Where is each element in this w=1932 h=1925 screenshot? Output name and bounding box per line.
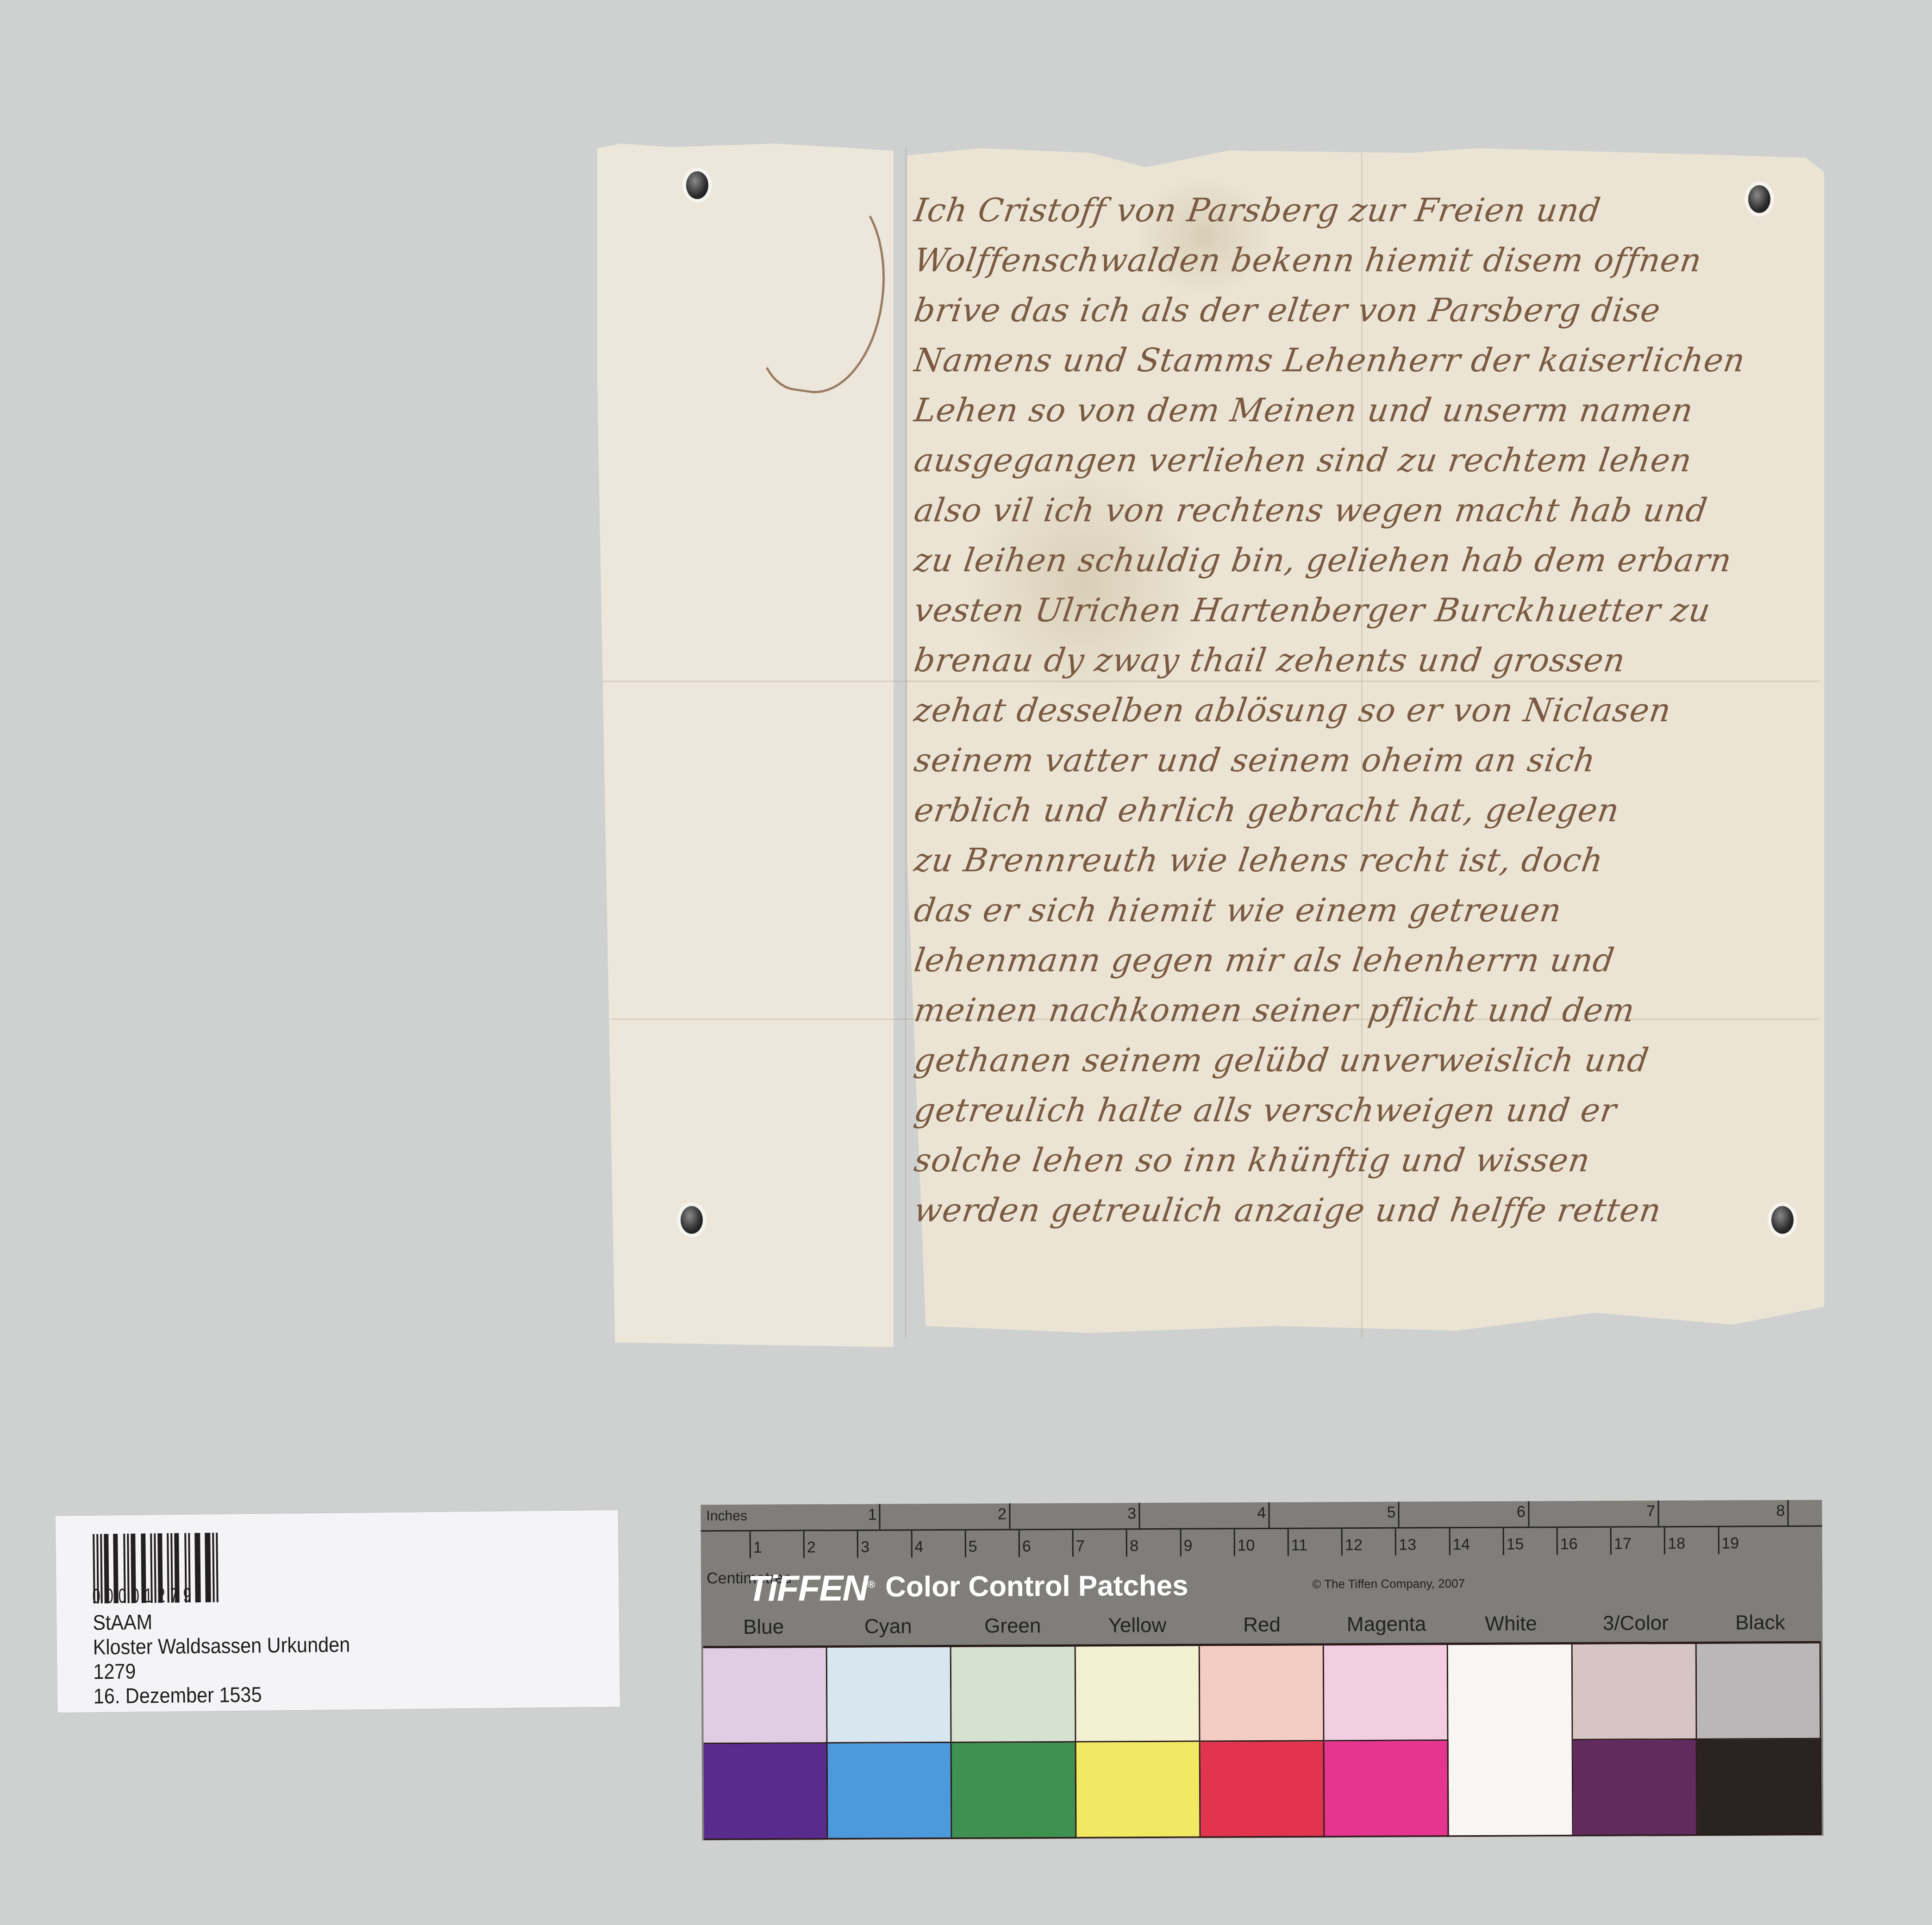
inch-tick: [1787, 1500, 1788, 1525]
tiffen-color-chart: Inches 123456781234567891011121314151617…: [700, 1500, 1823, 1841]
cm-tick: [1502, 1528, 1504, 1555]
text-line: brive das ich als der elter von Parsberg…: [911, 285, 1797, 335]
color-patch-white-tint: [1448, 1644, 1573, 1837]
color-patch-green-saturated: [952, 1743, 1076, 1839]
mounting-hole: [681, 1206, 703, 1234]
cm-tick: [1449, 1528, 1450, 1555]
color-patch-black-saturated: [1697, 1739, 1821, 1836]
document-date: 16. Dezember 1535: [94, 1681, 351, 1709]
patch-label-cyan: Cyan: [826, 1615, 950, 1643]
inch-tick-label: 6: [1517, 1503, 1526, 1521]
inch-tick: [1657, 1500, 1659, 1526]
text-line: das er sich hiemit wie einem getreuen: [911, 885, 1797, 935]
inch-tick: [879, 1504, 881, 1530]
text-line: zu leihen schuldig bin, geliehen hab dem…: [911, 535, 1797, 585]
cm-tick-label: 11: [1291, 1537, 1307, 1555]
cm-tick-label: 15: [1507, 1536, 1524, 1554]
color-patch-yellow-saturated: [1076, 1742, 1200, 1838]
color-patch-cyan-saturated: [828, 1743, 952, 1839]
inches-label: Inches: [706, 1508, 747, 1524]
cm-tick: [1395, 1529, 1396, 1556]
text-line: erblich und ehrlich gebracht hat, gelege…: [911, 785, 1797, 835]
cm-tick: [1718, 1527, 1719, 1554]
cm-tick-label: 13: [1399, 1536, 1416, 1554]
archive-label: 00 00 12 79 StAAM Kloster Waldsassen Urk…: [56, 1510, 620, 1713]
inch-tick: [1268, 1502, 1269, 1528]
manuscript: Ich Cristoff von Parsberg zur Freien und…: [0, 0, 1932, 1389]
cm-tick-label: 16: [1560, 1535, 1578, 1553]
color-patch-green-tint: [951, 1647, 1076, 1743]
cm-tick-label: 14: [1452, 1536, 1470, 1554]
chart-title: Color Control Patches: [885, 1569, 1188, 1604]
patch-label-blue: Blue: [701, 1615, 825, 1644]
color-patch-cyan-tint: [827, 1647, 952, 1744]
text-line: lehenmann gegen mir als lehenherrn und: [911, 935, 1797, 985]
color-patch-blue-tint: [703, 1648, 828, 1744]
tiffen-logo: TiFFEN®: [747, 1567, 874, 1610]
color-patch-red-saturated: [1200, 1741, 1325, 1837]
cm-tick: [803, 1531, 805, 1558]
patch-label-magenta: Magenta: [1324, 1612, 1449, 1641]
cm-tick: [1288, 1529, 1289, 1556]
inch-tick-label: 5: [1387, 1504, 1396, 1522]
label-text: StAAM Kloster Waldsassen Urkunden 1279 1…: [93, 1608, 351, 1709]
text-line: Lehen so von dem Meinen und unserm namen: [911, 385, 1797, 435]
text-line: brenau dy zway thail zehents und grossen: [911, 635, 1797, 685]
cm-tick: [1019, 1530, 1020, 1557]
cm-tick: [1610, 1528, 1612, 1555]
cm-tick-label: 1: [753, 1539, 762, 1557]
cm-tick: [750, 1531, 751, 1558]
color-patch-3color-tint: [1572, 1644, 1697, 1740]
document-number: 1279: [93, 1657, 350, 1684]
cm-tick: [1233, 1529, 1235, 1556]
cm-tick-label: 18: [1668, 1535, 1685, 1553]
inch-tick-label: 2: [998, 1505, 1007, 1523]
collection-name: Kloster Waldsassen Urkunden: [93, 1632, 350, 1660]
text-line: getreulich halte alls verschweigen und e…: [911, 1085, 1797, 1135]
text-line: zu Brennreuth wie lehens recht ist, doch: [911, 835, 1797, 885]
copyright-notice: © The Tiffen Company, 2007: [1312, 1576, 1465, 1591]
cm-tick-label: 4: [914, 1538, 923, 1556]
inch-tick: [1398, 1502, 1400, 1527]
text-line: seinem vatter und seinem oheim an sich: [911, 735, 1797, 785]
text-line: Namens und Stamms Lehenherr der kaiserli…: [911, 335, 1797, 385]
cm-tick-label: 17: [1614, 1535, 1632, 1553]
text-line: werden getreulich anzaige und helffe ret…: [911, 1185, 1797, 1235]
patch-label-red: Red: [1200, 1613, 1324, 1641]
fold-line: [905, 148, 907, 1338]
cm-tick-label: 10: [1238, 1537, 1255, 1555]
color-patch-grid: [703, 1641, 1822, 1840]
inch-tick: [1009, 1503, 1010, 1529]
patch-label-green: Green: [950, 1614, 1075, 1643]
inch-tick-label: 4: [1257, 1504, 1266, 1522]
cm-tick: [1557, 1528, 1558, 1555]
text-line: also vil ich von rechtens wegen macht ha…: [911, 485, 1797, 535]
cm-tick: [1126, 1530, 1127, 1556]
cm-tick: [911, 1531, 912, 1557]
color-patch-blue-saturated: [704, 1744, 828, 1840]
text-line: zehat desselben ablösung so er von Nicla…: [911, 685, 1797, 735]
inch-tick: [1528, 1501, 1529, 1526]
patch-label-3color: 3/Color: [1573, 1612, 1698, 1640]
cm-tick-label: 9: [1183, 1537, 1192, 1555]
archive-name: StAAM: [93, 1608, 350, 1635]
color-patch-black-tint: [1697, 1644, 1821, 1740]
patch-label-yellow: Yellow: [1075, 1614, 1200, 1642]
inch-tick-label: 1: [868, 1506, 877, 1524]
text-line: meinen nachkomen seiner pflicht und dem: [911, 985, 1797, 1035]
inch-tick-label: 3: [1127, 1505, 1136, 1523]
barcode-number: 00 00 12 79: [92, 1584, 196, 1608]
cm-tick: [1664, 1527, 1665, 1554]
cm-tick-label: 2: [807, 1538, 816, 1556]
text-line: gethanen seinem gelübd unverweislich und: [911, 1035, 1797, 1085]
cm-tick: [964, 1531, 966, 1557]
color-patch-red-tint: [1200, 1645, 1325, 1742]
inch-tick-label: 8: [1776, 1502, 1785, 1520]
patch-labels: Blue Cyan Green Yellow Red Magenta White…: [701, 1611, 1822, 1644]
cm-tick-label: 3: [861, 1538, 869, 1556]
color-patch-yellow-tint: [1075, 1646, 1200, 1743]
cm-tick-label: 5: [969, 1538, 977, 1556]
cm-tick: [857, 1531, 858, 1558]
text-line: Wolffenschwalden bekenn hiemit disem off…: [911, 235, 1797, 285]
cm-tick: [1341, 1529, 1343, 1556]
inch-tick-label: 7: [1646, 1502, 1655, 1520]
color-patch-magenta-tint: [1324, 1645, 1449, 1741]
cm-tick: [1180, 1530, 1181, 1556]
mounting-hole: [686, 171, 708, 199]
text-line: ausgegangen verliehen sind zu rechtem le…: [911, 435, 1797, 485]
text-line: Ich Cristoff von Parsberg zur Freien und: [911, 185, 1797, 235]
handwritten-text: Ich Cristoff von Parsberg zur Freien und…: [914, 185, 1794, 1235]
cm-tick-label: 7: [1076, 1537, 1085, 1556]
color-patch-magenta-saturated: [1325, 1741, 1449, 1837]
patch-label-white: White: [1449, 1612, 1573, 1640]
cm-tick-label: 12: [1345, 1536, 1363, 1554]
cm-tick-label: 8: [1130, 1537, 1138, 1555]
color-patch-3color-saturated: [1573, 1740, 1697, 1836]
inch-tick: [1138, 1503, 1140, 1528]
text-line: solche lehen so inn khünftig und wissen: [911, 1135, 1797, 1185]
cm-tick-label: 19: [1721, 1535, 1739, 1553]
cm-tick-label: 6: [1022, 1537, 1031, 1556]
patch-label-black: Black: [1698, 1611, 1822, 1639]
cm-tick: [1072, 1530, 1074, 1557]
text-line: vesten Ulrichen Hartenberger Burckhuette…: [911, 585, 1797, 635]
